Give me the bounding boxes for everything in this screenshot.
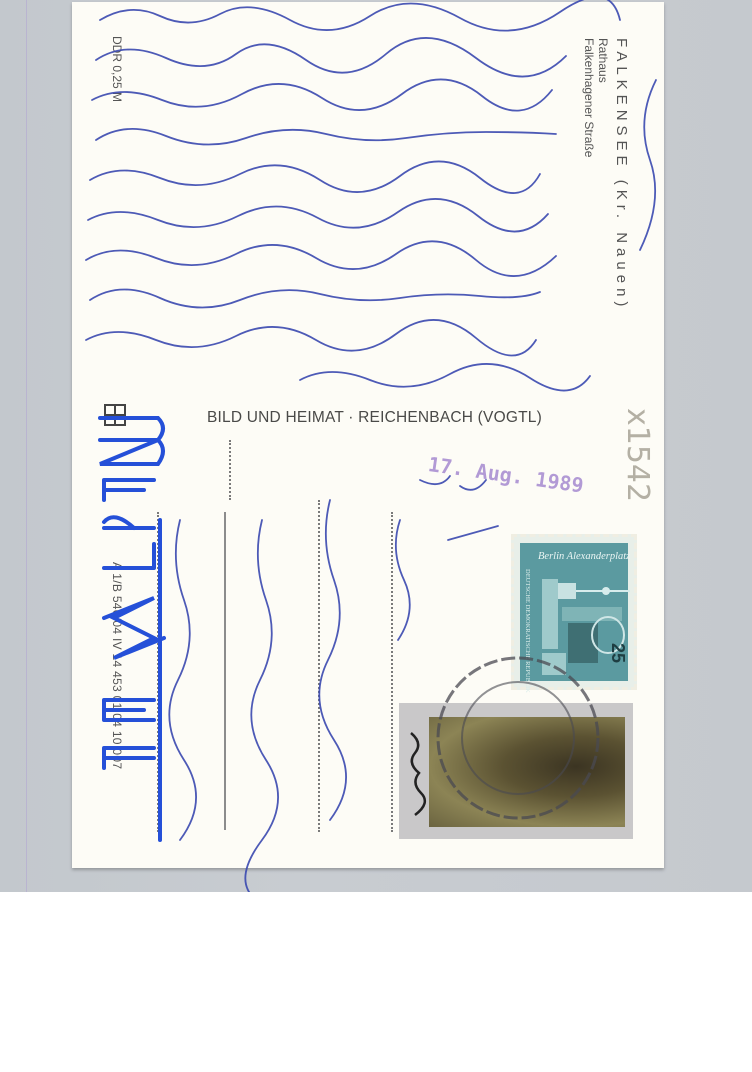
location-line-2: Falkenhagener Straße <box>582 38 596 157</box>
location-line-1: Rathaus <box>596 38 610 83</box>
pencil-inventory-code: x1542 <box>620 408 655 502</box>
stamp-box-icon <box>104 404 126 426</box>
publisher-line: BILD UND HEIMAT · REICHENBACH (VOGTL) <box>207 409 542 427</box>
print-code: A 1/B 540/04 IV 14 453 01 04 10 007 <box>110 562 124 769</box>
address-line-2 <box>224 512 226 830</box>
postmark-cancel <box>428 648 608 828</box>
address-line-1 <box>157 512 159 832</box>
stamp-value: 25 <box>607 643 628 663</box>
signature-mark <box>407 723 429 823</box>
address-line-3 <box>318 500 320 832</box>
location-title: FALKENSEE (Kr. Nauen) <box>613 38 630 311</box>
address-line-top <box>229 440 231 500</box>
price-code: DDR 0,25 M <box>110 36 124 102</box>
address-line-4 <box>391 512 393 832</box>
stamp-caption: Berlin Alexanderplatz <box>538 551 630 562</box>
scanner-edge-line <box>26 0 27 892</box>
